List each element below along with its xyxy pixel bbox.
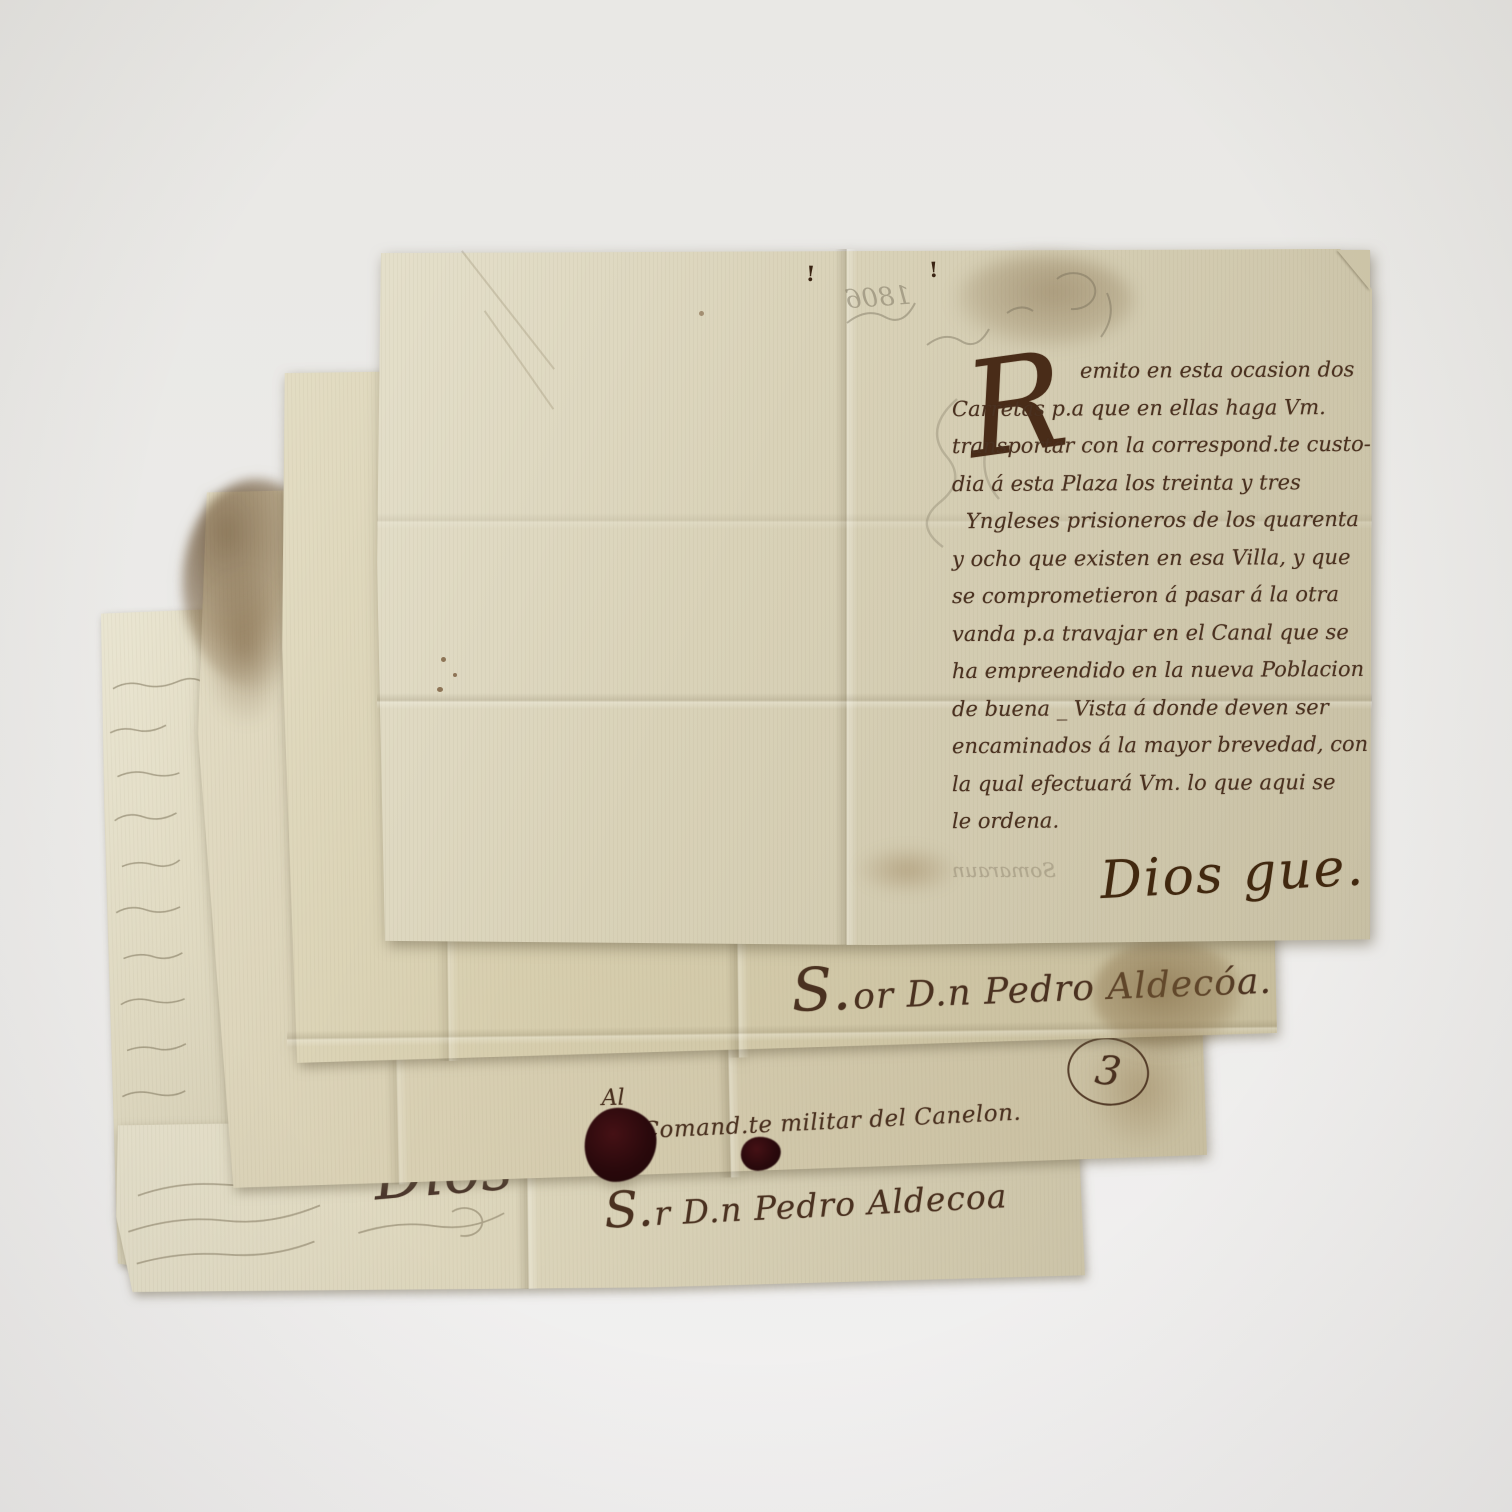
photo-scene: Dios S.r D.n Pedro Aldecoa xxvij 3 Al S.… <box>0 0 1512 1512</box>
letter-line: dia á esta Plaza los treinta y tres <box>952 463 1372 503</box>
speck-cluster <box>453 673 457 677</box>
letter-line: encaminados á la mayor brevedad, con <box>952 726 1372 766</box>
letter-line: ha empreendido en la nueva Poblacion <box>952 651 1372 691</box>
letter-line: Yngleses prisioneros de los quarenta <box>966 501 1372 541</box>
speck-cluster <box>437 687 443 692</box>
letter-text: R emito en esta ocasion dos Carretas p.a… <box>952 352 1372 904</box>
letter-line: de buena _ Vista á donde deven ser <box>952 688 1372 728</box>
letter-line: Carretas p.a que en ellas haga Vm. <box>952 388 1372 428</box>
ink-mark: ! <box>929 257 939 282</box>
paper-main-letter: 1806 ! ! R emito en esta ocasion dos Car… <box>377 249 1372 945</box>
letter-line: la qual efectuará Vm. lo que aqui se <box>952 763 1372 803</box>
letter-line: emito en esta ocasion dos <box>1080 351 1372 390</box>
letter-line: vanda p.a travajar en el Canal que se <box>952 613 1372 653</box>
letter-line: se comprometieron á pasar á la otra <box>952 576 1372 616</box>
bleedthrough-signature: Somaraun <box>952 858 1056 882</box>
letter-line: transportar con la correspond.te custo- <box>952 426 1372 466</box>
letter-line: y ocho que existen en esa Villa, y que <box>952 538 1372 578</box>
speck-cluster <box>441 657 446 662</box>
closing-flourish: Dios gue. <box>1099 836 1374 910</box>
bleedthrough-year: 1806 <box>844 281 912 316</box>
speck-cluster <box>699 311 704 316</box>
folded-corner <box>1337 250 1370 290</box>
ink-mark: ! <box>805 261 816 286</box>
letter-line: le ordena. <box>952 801 1372 841</box>
